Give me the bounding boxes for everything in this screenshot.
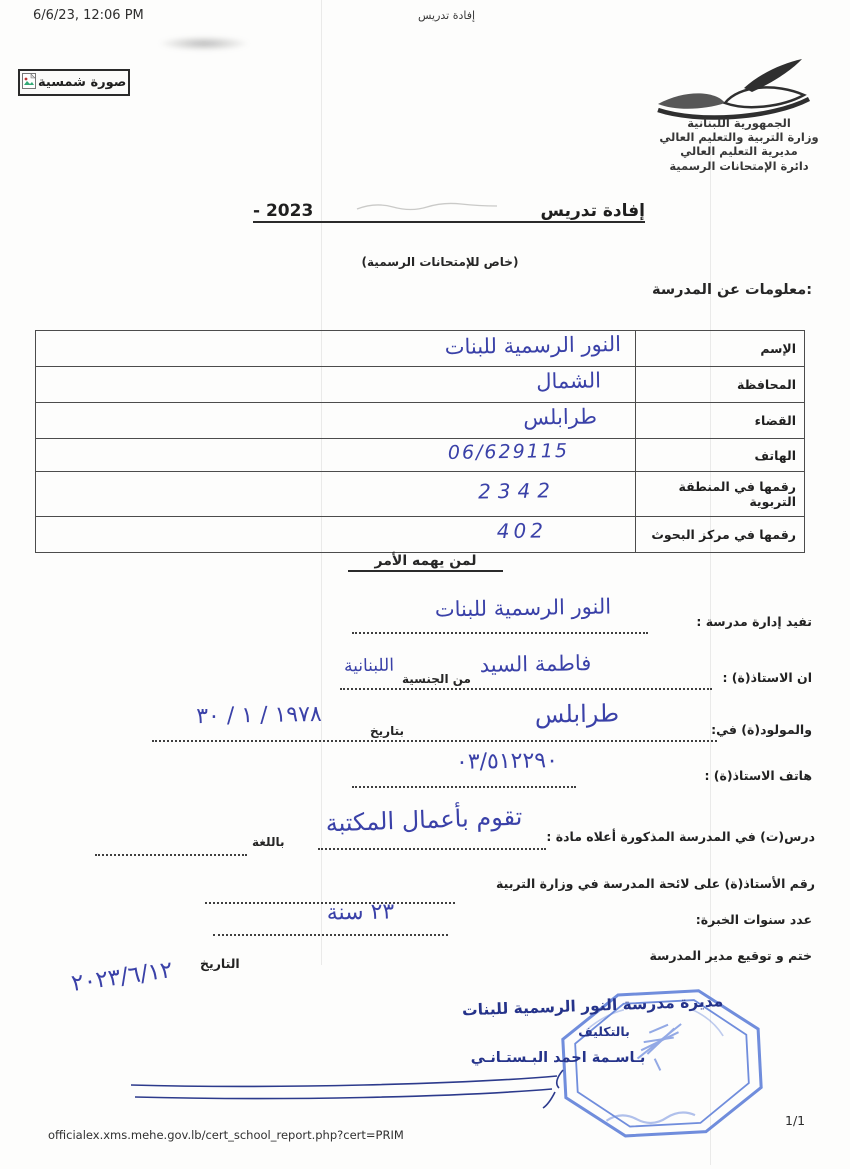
faint-handwriting-scribble: [352, 198, 502, 218]
ministry-header: الجمهورية اللبنانية وزارة التربية والتعل…: [628, 116, 850, 173]
teacher-phone-handwriting: ٠٣/٥١٢٢٩٠: [424, 748, 590, 776]
title-subtitle: (خاص للإمتحانات الرسمية): [290, 255, 590, 269]
document-title: إفادة تدريس - 2023: [253, 194, 645, 223]
ministry-line: الجمهورية اللبنانية: [628, 116, 850, 130]
ministry-book-logo-icon: [652, 58, 817, 120]
title-year: - 2023: [253, 201, 313, 221]
photo-placeholder-box: صورة شمسية: [18, 69, 130, 96]
row-value: النور الرسمية للبنات: [36, 331, 636, 367]
years-experience-label: عدد سنوات الخبرة:: [696, 912, 812, 927]
row-label: رقمها في مركز البحوث: [636, 516, 805, 552]
to-whom-heading: لمن يهمه الأمر: [348, 553, 503, 572]
teacher-list-number-label: رقم الأستاذ(ة) على لائحة المدرسة في وزار…: [496, 876, 815, 891]
teacher-name-handwriting: فاطمة السيد: [468, 651, 603, 677]
stamp-signature-label: ختم و توقيع مدير المدرسة: [649, 948, 812, 963]
date-handwriting: ٢٠٢٣/٦/١٢: [45, 954, 199, 1001]
in-language-label: باللغة: [250, 835, 286, 849]
ink-smudge: [158, 36, 250, 51]
row-label: رقمها في المنطقة التربوية: [636, 472, 805, 517]
ministry-line: مديرية التعليم العالي: [628, 144, 850, 158]
on-date-label: بتاريخ: [368, 724, 406, 738]
nationality-label: من الجنسية: [400, 672, 473, 686]
print-doc-title: إفادة تدريس: [418, 9, 475, 22]
principal-stamp-line2: بالتكليف: [558, 1024, 650, 1039]
row-value: طرابلس: [36, 403, 636, 439]
table-row: الإسم النور الرسمية للبنات: [36, 331, 805, 367]
scanned-certificate-page: 6/6/23, 12:06 PM إفادة تدريس صورة شمسية …: [0, 0, 850, 1169]
row-value: 402: [36, 516, 636, 552]
row-value: 2342: [36, 472, 636, 517]
taught-subject-label: درس(ت) في المدرسة المذكورة أعلاه مادة :: [546, 829, 815, 844]
photo-placeholder-label: صورة شمسية: [38, 75, 126, 90]
table-row: الهاتف 06/629115: [36, 439, 805, 472]
row-label: القضاء: [636, 403, 805, 439]
years-experience-handwriting: ٢٣ سنة: [288, 899, 433, 927]
table-row: رقمها في مركز البحوث 402: [36, 516, 805, 552]
row-value: الشمال: [36, 367, 636, 403]
title-text: إفادة تدريس: [541, 201, 645, 221]
dotted-line: [95, 832, 247, 856]
signature: [125, 1062, 575, 1110]
table-row: المحافظة الشمال: [36, 367, 805, 403]
broken-image-icon: [22, 73, 36, 93]
table-row: القضاء طرابلس: [36, 403, 805, 439]
school-info-table: الإسم النور الرسمية للبنات المحافظة الشم…: [35, 330, 805, 553]
birthdate-handwriting: ١٩٧٨ / ١ / ٣٠: [150, 701, 368, 730]
birthplace-handwriting: طرابلس: [518, 699, 636, 729]
certifies-school-label: تفيد إدارة مدرسة :: [696, 614, 812, 629]
row-value: 06/629115: [36, 439, 636, 472]
born-in-label: والمولود(ة) في:: [711, 722, 812, 737]
school-info-heading: معلومات عن المدرسة:: [652, 282, 812, 298]
ministry-line: دائرة الإمتحانات الرسمية: [628, 159, 850, 173]
ministry-line: وزارة التربية والتعليم العالي: [628, 130, 850, 144]
print-timestamp: 6/6/23, 12:06 PM: [33, 8, 144, 23]
teacher-phone-label: هاتف الاستاذ(ة) :: [704, 768, 812, 783]
row-label: المحافظة: [636, 367, 805, 403]
teacher-label: ان الاستاذ(ة) :: [722, 670, 812, 685]
date-label: التاريخ: [200, 956, 240, 971]
row-label: الهاتف: [636, 439, 805, 472]
row-label: الإسم: [636, 331, 805, 367]
source-url: officialex.xms.mehe.gov.lb/cert_school_r…: [48, 1128, 404, 1142]
table-row: رقمها في المنطقة التربوية 2342: [36, 472, 805, 517]
page-number: 1/1: [785, 1113, 805, 1128]
nationality-handwriting: اللبنانية: [334, 655, 404, 676]
school-name-handwriting: النور الرسمية للبنات: [392, 594, 654, 623]
